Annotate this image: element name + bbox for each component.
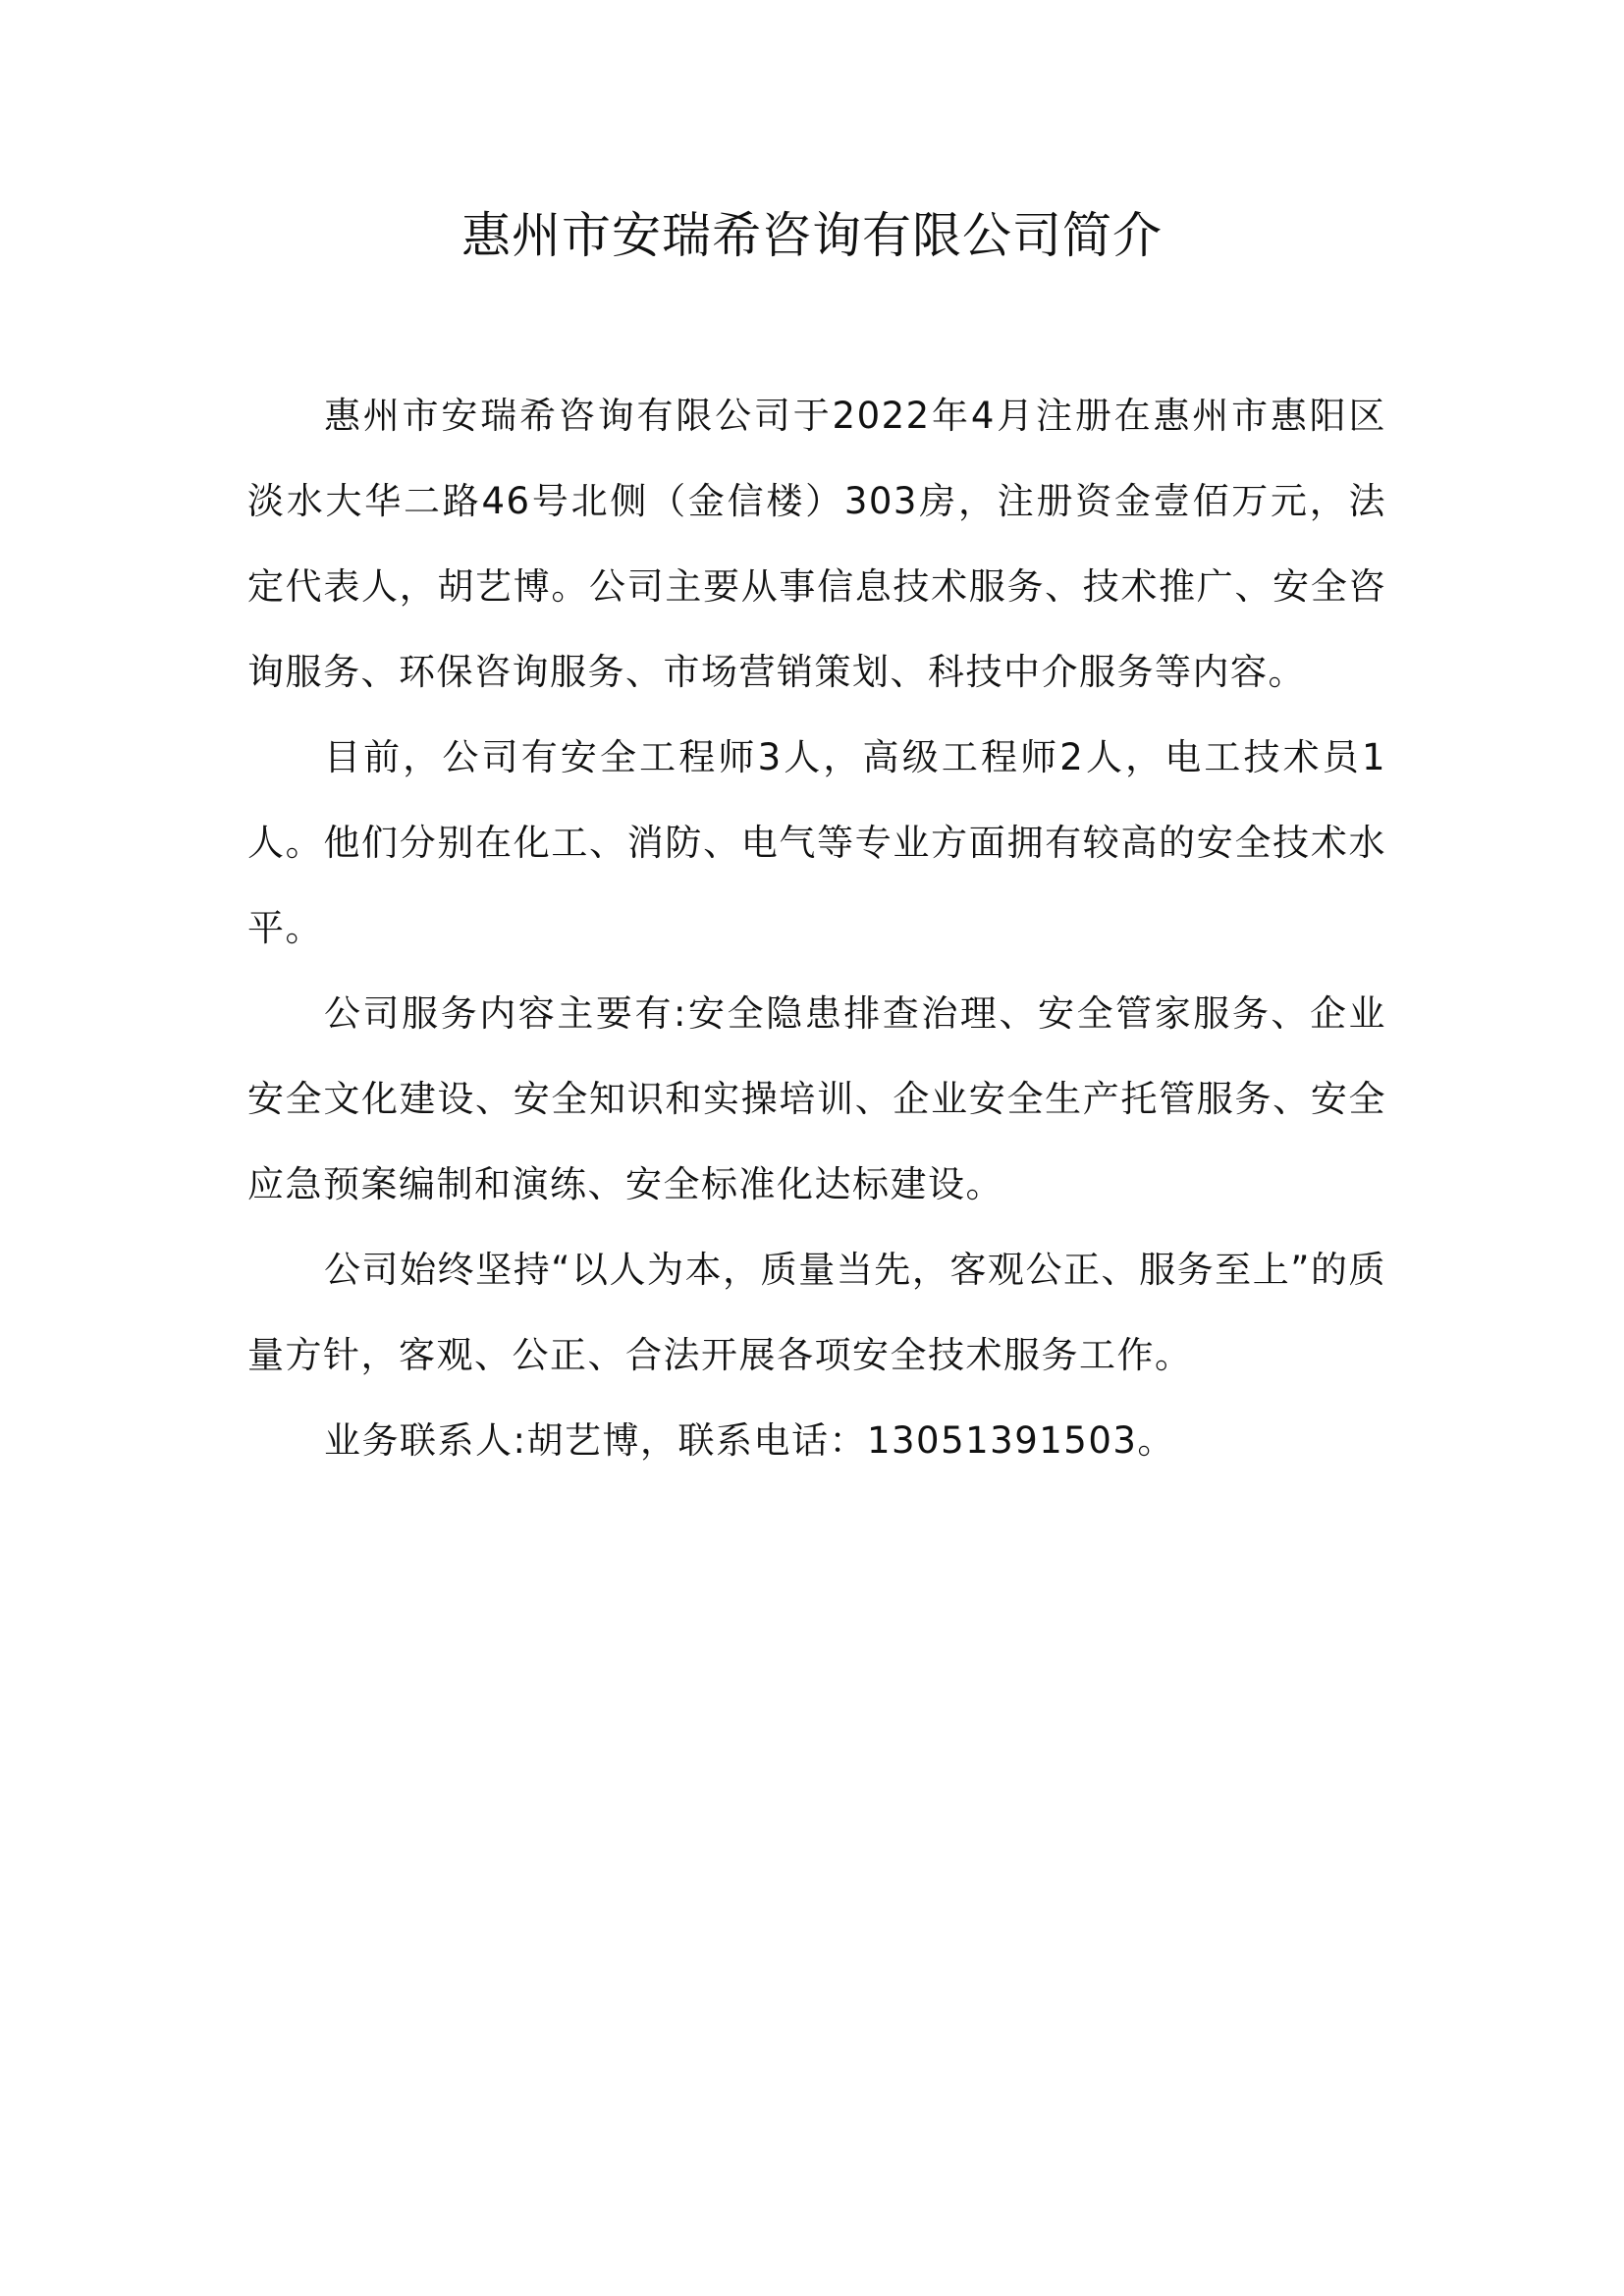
paragraph-contact: 业务联系人:胡艺博，联系电话：13051391503。 xyxy=(247,1398,1386,1483)
paragraph-registration: 惠州市安瑞希咨询有限公司于2022年4月注册在惠州市惠阳区淡水大华二路46号北侧… xyxy=(247,373,1386,715)
document-title: 惠州市安瑞希咨询有限公司简介 xyxy=(0,201,1624,270)
paragraph-services: 公司服务内容主要有:安全隐患排查治理、安全管家服务、企业安全文化建设、安全知识和… xyxy=(247,971,1386,1227)
paragraph-policy: 公司始终坚持“以人为本，质量当先，客观公正、服务至上”的质量方针，客观、公正、合… xyxy=(247,1227,1386,1398)
document-body: 惠州市安瑞希咨询有限公司于2022年4月注册在惠州市惠阳区淡水大华二路46号北侧… xyxy=(247,373,1386,1483)
paragraph-staff: 目前，公司有安全工程师3人，高级工程师2人，电工技术员1人。他们分别在化工、消防… xyxy=(247,715,1386,971)
